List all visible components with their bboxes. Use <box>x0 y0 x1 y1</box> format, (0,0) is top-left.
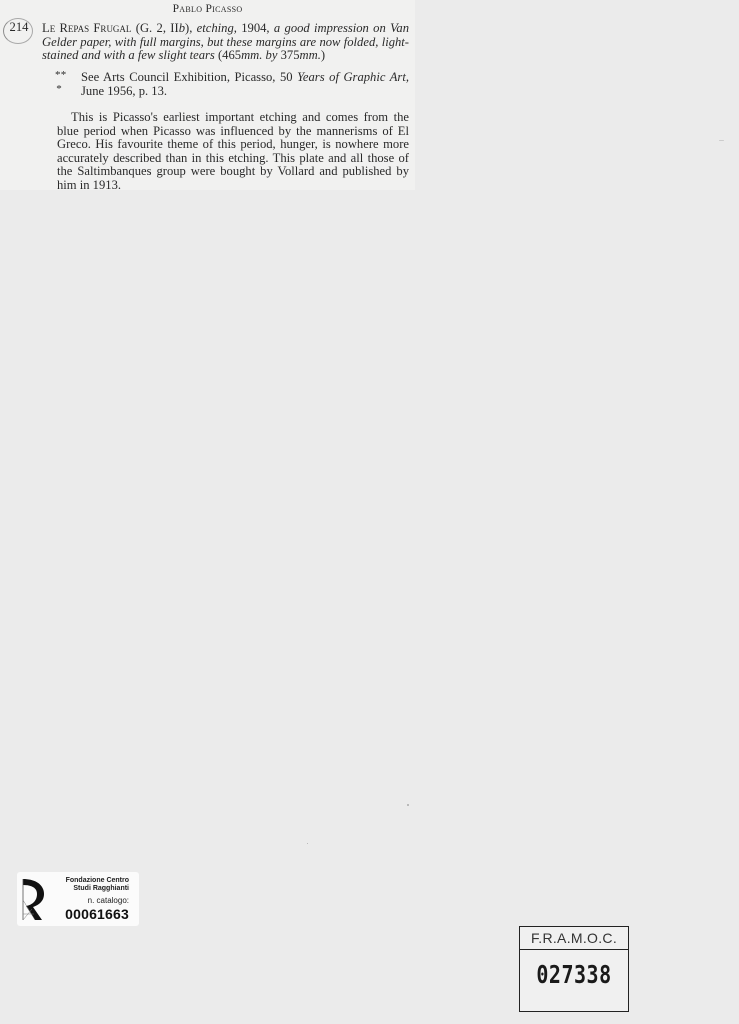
institution-name-line2: Studi Ragghianti <box>73 885 129 892</box>
running-head: Pablo Picasso <box>0 3 415 15</box>
paper-speck <box>719 140 724 141</box>
note-paragraph: This is Picasso's earliest important etc… <box>57 111 409 193</box>
framoc-stamp: F.R.A.M.O.C. 027338 <box>519 926 629 1012</box>
institution-name-line1: Fondazione Centro <box>66 877 129 884</box>
year: 1904, <box>237 21 274 35</box>
stamp-header: F.R.A.M.O.C. <box>520 927 628 950</box>
medium: etching, <box>197 21 237 35</box>
stamp-number: 027338 <box>520 959 628 989</box>
paper-speck <box>307 843 308 844</box>
artwork-title: Le Repas Frugal <box>42 21 131 35</box>
reference-text: See Arts Council Exhibition, Picasso, 50… <box>81 71 409 98</box>
asterism-icon: * * * <box>55 69 65 96</box>
ragghianti-logo-icon <box>20 876 48 922</box>
catalog-number: 00061663 <box>65 906 129 922</box>
paper-speck <box>407 804 409 806</box>
archive-label: Fondazione Centro Studi Ragghianti n. ca… <box>17 872 139 926</box>
catalog-label: n. catalogo: <box>88 896 129 905</box>
lot-number: 214 <box>7 21 31 41</box>
entry-description: Le Repas Frugal (G. 2, IIb), etching, 19… <box>42 22 409 63</box>
